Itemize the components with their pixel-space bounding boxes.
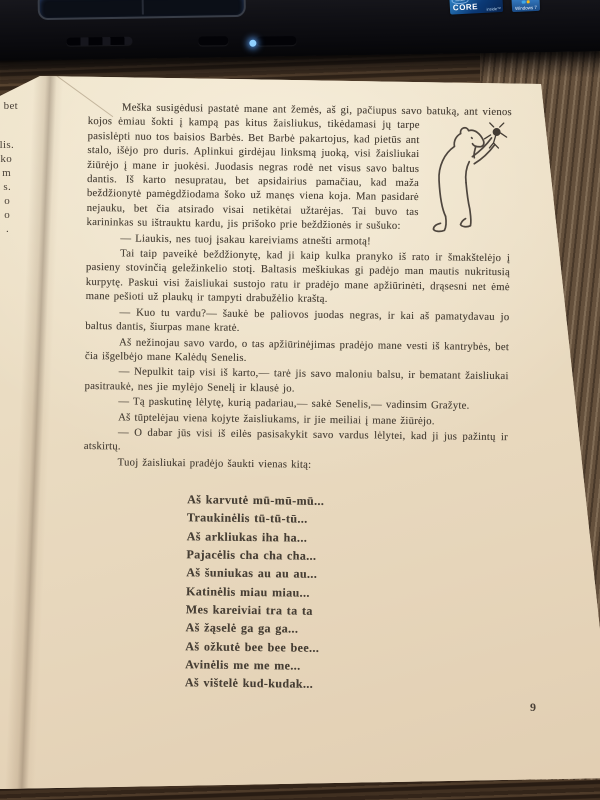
laptop-front-edge: intel CORE inside™ Windows 7 (0, 0, 600, 61)
toy-sounds-list: Aš karvutė mū-mū-mū... Traukinėlis tū-tū… (185, 490, 507, 695)
intel-core-sticker: intel CORE inside™ (449, 0, 503, 15)
touchpad-buttons (38, 0, 246, 20)
paragraph-text: jų tarpe pasislėpti nuo tos baisios Barb… (86, 119, 419, 232)
left-page-fragment: o (0, 195, 10, 207)
paragraph: Meška susigėdusi pastatė mane ant žemės,… (86, 100, 512, 235)
paragraph: — O dabar jūs visi iš eilės pasisakykit … (84, 425, 508, 459)
sound-line: Aš vištelė kud-kudak... (185, 673, 505, 695)
left-page-fragment: m (0, 167, 11, 179)
left-page-fragment: lis. (0, 139, 14, 151)
left-page-fragment: . (0, 223, 9, 235)
windows7-label: Windows 7 (512, 5, 540, 11)
intel-inside-label: inside™ (487, 7, 502, 12)
left-page-fragment: bet (0, 100, 18, 112)
left-page-fragment: s. (0, 181, 11, 193)
left-page-fragment: ko (0, 153, 12, 165)
paragraph: Aš nežinojau savo vardo, o tas apžiūrinė… (85, 334, 509, 368)
indicator-buttons (66, 37, 132, 46)
paragraph: Tai taip paveikė beždžionytę, kad ji kai… (86, 246, 511, 309)
power-led (249, 40, 256, 47)
intel-core-label: CORE (453, 2, 479, 12)
paragraph: — Kuo tu vardu?— šaukė be paliovos juoda… (85, 305, 509, 339)
paragraph: — Nepulkit taip visi iš karto,— tarė jis… (84, 364, 508, 398)
latch-slot (198, 36, 228, 45)
page-number: 9 (530, 700, 536, 715)
page-text-block: Meška susigėdusi pastatė mane ant žemės,… (81, 100, 512, 696)
windows7-sticker: Windows 7 (511, 0, 540, 12)
bear-illustration (428, 121, 511, 236)
book-gutter-fold (5, 65, 64, 796)
book-page: bet lis. ko m s. o o . Meška susigėdusi … (0, 0, 600, 800)
windows-flag-icon (521, 0, 529, 4)
card-reader-slot (256, 36, 296, 46)
left-page-fragment: o (0, 209, 10, 221)
